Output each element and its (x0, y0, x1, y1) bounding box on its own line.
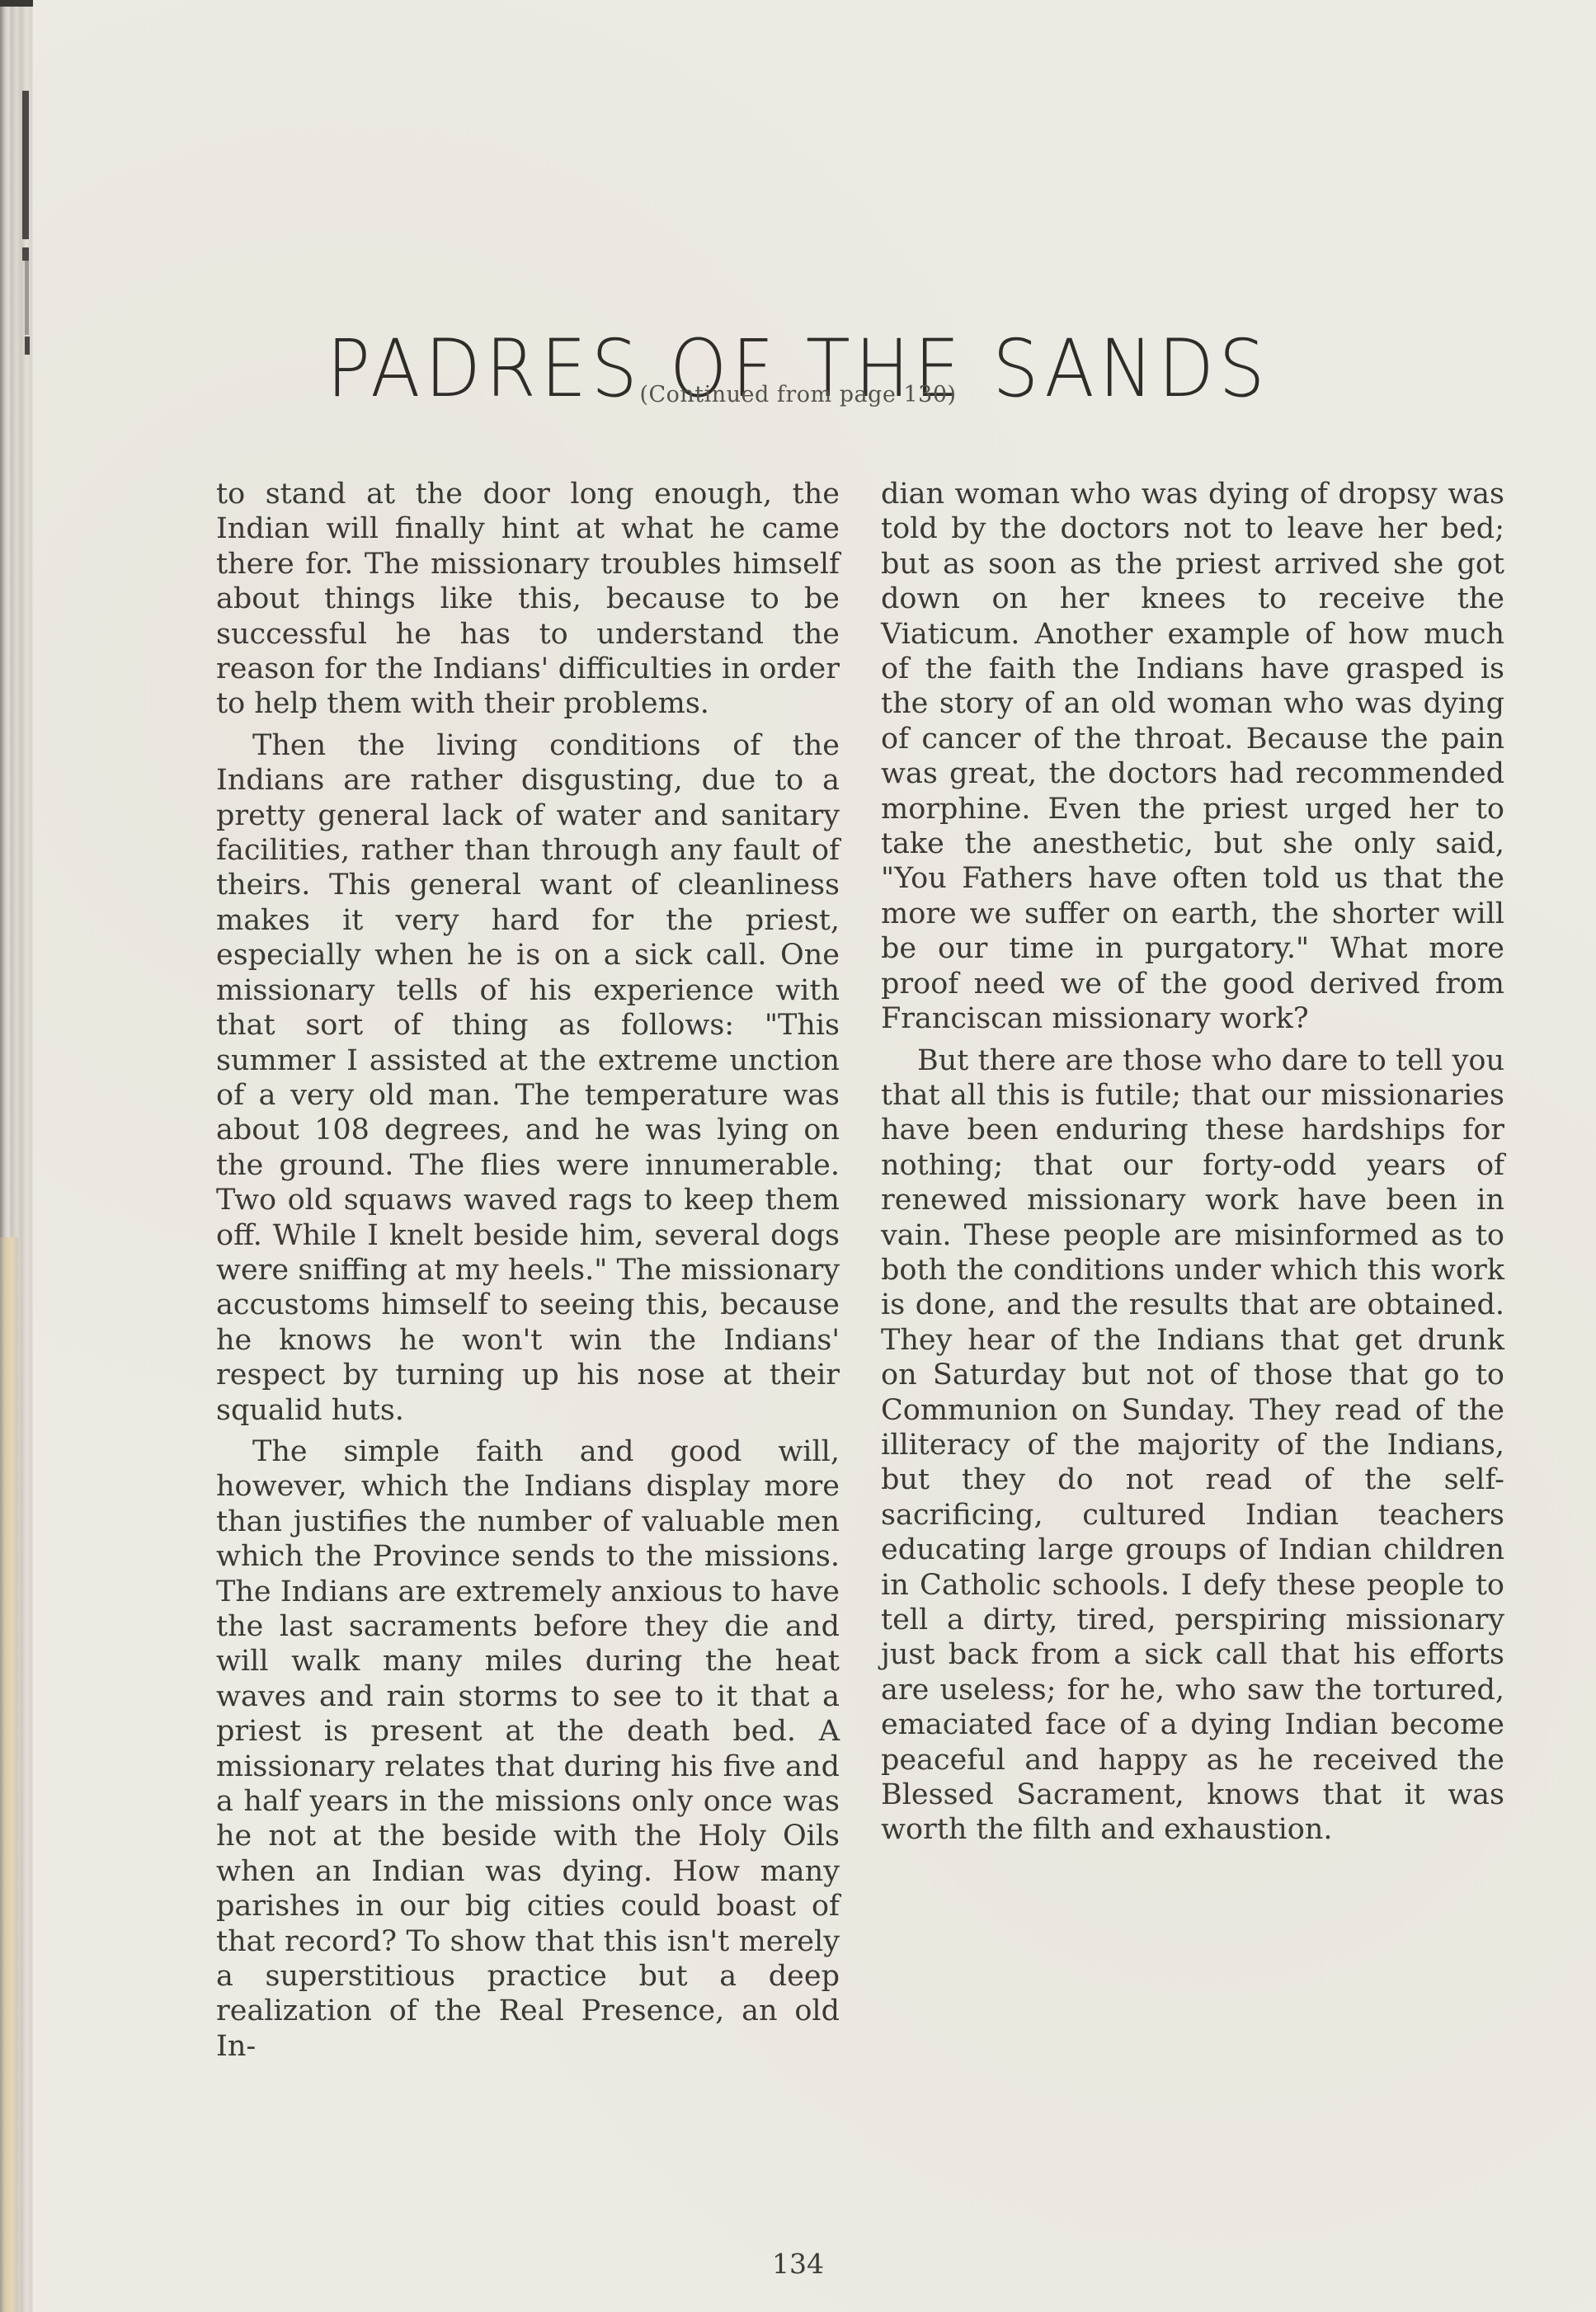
page-number: 134 (0, 2248, 1596, 2280)
margin-tab-mark (22, 247, 29, 261)
margin-tab-mark (22, 91, 29, 239)
book-page-edges (0, 1237, 18, 2312)
margin-tab-mark (25, 337, 30, 355)
binding-shadow (0, 0, 33, 7)
text-column-left: to stand at the door long enough, the In… (216, 477, 840, 2064)
paragraph: Then the living conditions of the Indian… (216, 728, 840, 1428)
text-column-right: dian woman who was dying of dropsy was t… (881, 477, 1504, 1848)
paragraph: But there are those who dare to tell you… (881, 1043, 1504, 1848)
continuation-note: (Continued from page 130) (0, 382, 1596, 407)
paragraph: dian woman who was dying of dropsy was t… (881, 477, 1504, 1037)
paragraph: to stand at the door long enough, the In… (216, 477, 840, 722)
paragraph: The simple faith and good will, however,… (216, 1434, 840, 2064)
margin-tab-mark (25, 261, 29, 335)
